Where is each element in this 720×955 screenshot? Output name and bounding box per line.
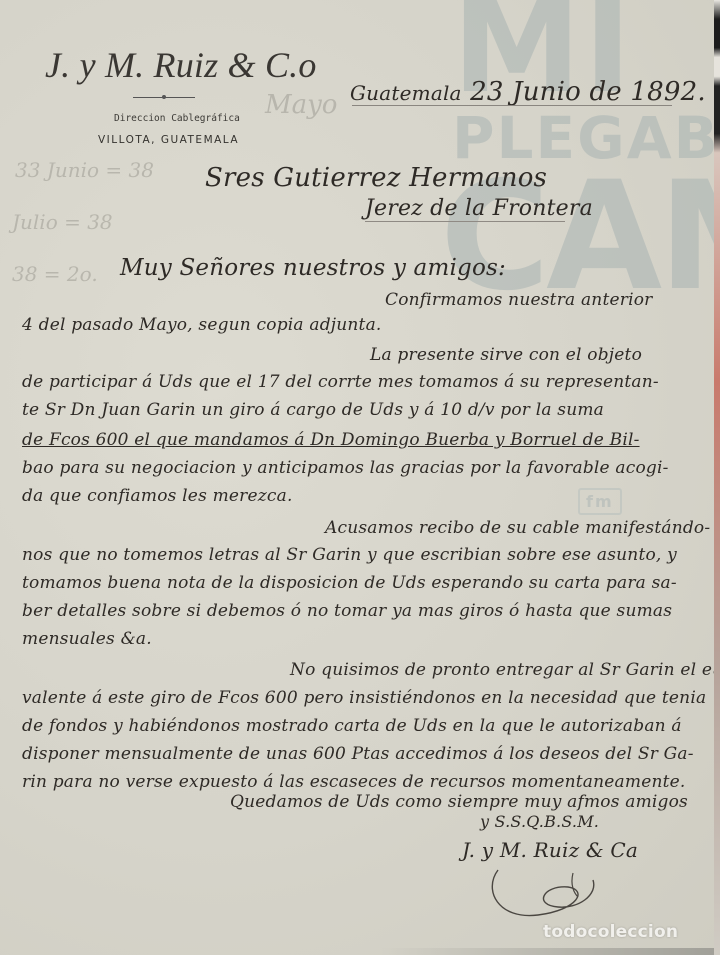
body-line: La presente sirve con el objeto — [370, 345, 642, 365]
body-line: nos que no tomemos letras al Sr Garin y … — [22, 545, 677, 565]
body-line: tomamos buena nota de la disposicion de … — [22, 573, 677, 593]
pencil-note: Mayo — [265, 90, 337, 120]
letterhead-cable-label: Direccion Cablegráfica — [114, 113, 240, 124]
date-month: Junio — [512, 77, 581, 107]
body-line: de participar á Uds que el 17 del corrte… — [22, 372, 659, 392]
salutation: Muy Señores nuestros y amigos: — [120, 255, 506, 281]
body-line: No quisimos de pronto entregar al Sr Gar… — [290, 660, 714, 680]
date-underline — [352, 105, 672, 106]
body-line: mensuales &a. — [22, 629, 152, 649]
photo-edge-strip — [714, 0, 720, 955]
closing-line: Quedamos de Uds como siempre muy afmos a… — [230, 792, 688, 812]
addressee-name: Sres Gutierrez Hermanos — [205, 163, 547, 193]
addressee-city: Jerez de la Frontera — [365, 196, 593, 221]
pencil-note: 38 = 2o. — [12, 262, 98, 286]
letter-page: MI PLEGAB CAM fm Mayo 33 Junio = 38 Juli… — [0, 0, 714, 955]
body-line: 4 del pasado Mayo, segun copia adjunta. — [22, 315, 382, 335]
date-day: 23 — [470, 77, 503, 107]
body-line: disponer mensualmente de unas 600 Ptas a… — [22, 744, 694, 764]
date-place: Guatemala — [350, 81, 462, 105]
bleed-through-logo: fm — [578, 488, 622, 515]
body-line: bao para su negociacion y anticipamos la… — [22, 458, 669, 478]
letterhead-divider — [133, 97, 195, 98]
site-watermark: todocoleccion — [543, 922, 678, 942]
closing-formula: y S.S.Q.B.S.M. — [480, 812, 599, 831]
body-line: te Sr Dn Juan Garin un giro á cargo de U… — [22, 400, 604, 420]
body-line: Confirmamos nuestra anterior — [385, 290, 652, 310]
body-line: de Fcos 600 el que mandamos á Dn Domingo… — [22, 430, 640, 450]
pencil-note: Julio = 38 — [12, 210, 113, 234]
date-line: Guatemala 23 Junio de 1892. — [350, 77, 706, 107]
signature-flourish-icon — [478, 865, 628, 925]
body-line: da que confiamos les merezca. — [22, 486, 293, 506]
page-bottom-shadow — [380, 948, 714, 955]
date-year: de 1892. — [589, 77, 705, 107]
body-line: rin para no verse expuesto á las escasec… — [22, 772, 686, 792]
pencil-note: 33 Junio = 38 — [15, 158, 154, 182]
addressee-city-underline — [365, 221, 565, 222]
letterhead-firm-name: J. y M. Ruiz & C.o — [45, 44, 317, 86]
body-line: ber detalles sobre si debemos ó no tomar… — [22, 601, 672, 621]
letterhead-cable-address: VILLOTA, GUATEMALA — [98, 134, 239, 146]
body-line-text: de Fcos 600 el que mandamos á Dn Domingo… — [22, 430, 640, 450]
signature: J. y M. Ruiz & Ca — [462, 838, 638, 862]
body-line: Acusamos recibo de su cable manifestándo… — [325, 518, 710, 538]
body-line: de fondos y habiéndonos mostrado carta d… — [22, 716, 682, 736]
body-line: valente á este giro de Fcos 600 pero ins… — [22, 688, 706, 708]
